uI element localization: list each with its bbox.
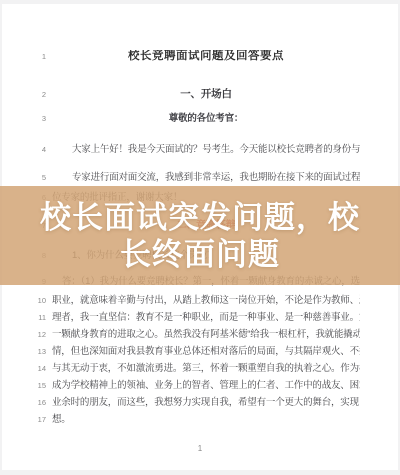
doc-line: 15成为学校精神上的领袖、业务上的智者、管理上的仁者、工作中的战友、困难时的亲友… bbox=[2, 379, 398, 394]
line-text: 大家上午好！我是今天面试的？号考生。今天能以校长竞聘者的身份与在座的各位 bbox=[52, 143, 360, 156]
line-number: 11 bbox=[30, 313, 46, 322]
line-text: 一、开场白 bbox=[52, 88, 360, 101]
line-number: 16 bbox=[30, 398, 46, 407]
doc-line: 5专家进行面对面交流，我感到非常幸运，我也期盼在接下来的面试过程中，能得到各 bbox=[2, 171, 398, 186]
doc-line: 2一、开场白 bbox=[2, 88, 398, 103]
doc-line: 14与其无动于衷，不如激流勇进。第三，怀着一颗重塑自我的执着之心。作为校长，要努… bbox=[2, 362, 398, 377]
line-text: 专家进行面对面交流，我感到非常幸运，我也期盼在接下来的面试过程中，能得到各 bbox=[52, 171, 360, 184]
caption-overlay: 校长面试突发问题，校 长终面问题 bbox=[0, 186, 400, 285]
doc-line: 3尊敬的各位考官： bbox=[2, 112, 398, 127]
line-text: 理者，我一直坚信：教育不是一种职业，而是一种事业、是一种慈善事业。第二，怀着 bbox=[52, 311, 360, 324]
line-text: 校长竞聘面试问题及回答要点 bbox=[52, 50, 360, 63]
line-text: 想。 bbox=[52, 413, 360, 426]
line-number: 4 bbox=[30, 145, 46, 154]
page-number: 1 bbox=[2, 444, 398, 453]
line-text: 尊敬的各位考官： bbox=[52, 112, 360, 125]
line-number: 12 bbox=[30, 330, 46, 339]
doc-line: 11理者，我一直坚信：教育不是一种职业，而是一种事业、是一种慈善事业。第二，怀着 bbox=[2, 311, 398, 326]
line-number: 14 bbox=[30, 364, 46, 373]
line-text: 业余时的朋友，而这些，我想努力实现自我，希望有一个更大的舞台，实现自己的教育梦 bbox=[52, 396, 360, 409]
doc-line: 10职业，就意味着辛勤与付出，从踏上教师这一岗位开始，不论是作为教师、还是学校的… bbox=[2, 294, 398, 309]
line-text: 与其无动于衷，不如激流勇进。第三，怀着一颗重塑自我的执着之心。作为校长，要努力 bbox=[52, 362, 360, 375]
line-number: 1 bbox=[30, 52, 46, 61]
doc-line: 17想。 bbox=[2, 413, 398, 428]
document-viewer: 1校长竞聘面试问题及回答要点2一、开场白3尊敬的各位考官：4大家上午好！我是今天… bbox=[0, 0, 400, 475]
line-number: 15 bbox=[30, 381, 46, 390]
line-number: 5 bbox=[30, 173, 46, 182]
line-text: 一颗献身教育的进取之心。虽然我没有阿基米德“给我一根杠杆，我就能撬动地球”的豪 bbox=[52, 328, 360, 341]
caption-line-2: 长终面问题 bbox=[120, 236, 280, 273]
line-number: 17 bbox=[30, 415, 46, 424]
doc-line: 12一颗献身教育的进取之心。虽然我没有阿基米德“给我一根杠杆，我就能撬动地球”的… bbox=[2, 328, 398, 343]
caption-line-1: 校长面试突发问题，校 bbox=[40, 199, 360, 236]
line-text: 职业，就意味着辛勤与付出，从踏上教师这一岗位开始，不论是作为教师、还是学校的管 bbox=[52, 294, 360, 307]
doc-line: 13情，但也深知面对我县教育事业总体还相对落后的局面，与其隔岸观火、不如披挂上阵… bbox=[2, 345, 398, 360]
line-text: 情，但也深知面对我县教育事业总体还相对落后的局面，与其隔岸观火、不如披挂上阵， bbox=[52, 345, 360, 358]
line-number: 3 bbox=[30, 114, 46, 123]
doc-line: 16业余时的朋友，而这些，我想努力实现自我，希望有一个更大的舞台，实现自己的教育… bbox=[2, 396, 398, 411]
line-number: 13 bbox=[30, 347, 46, 356]
line-number: 10 bbox=[30, 296, 46, 305]
line-number: 2 bbox=[30, 90, 46, 99]
doc-line: 4大家上午好！我是今天面试的？号考生。今天能以校长竞聘者的身份与在座的各位 bbox=[2, 143, 398, 158]
line-text: 成为学校精神上的领袖、业务上的智者、管理上的仁者、工作中的战友、困难时的亲友、 bbox=[52, 379, 360, 392]
doc-line: 1校长竞聘面试问题及回答要点 bbox=[2, 50, 398, 65]
